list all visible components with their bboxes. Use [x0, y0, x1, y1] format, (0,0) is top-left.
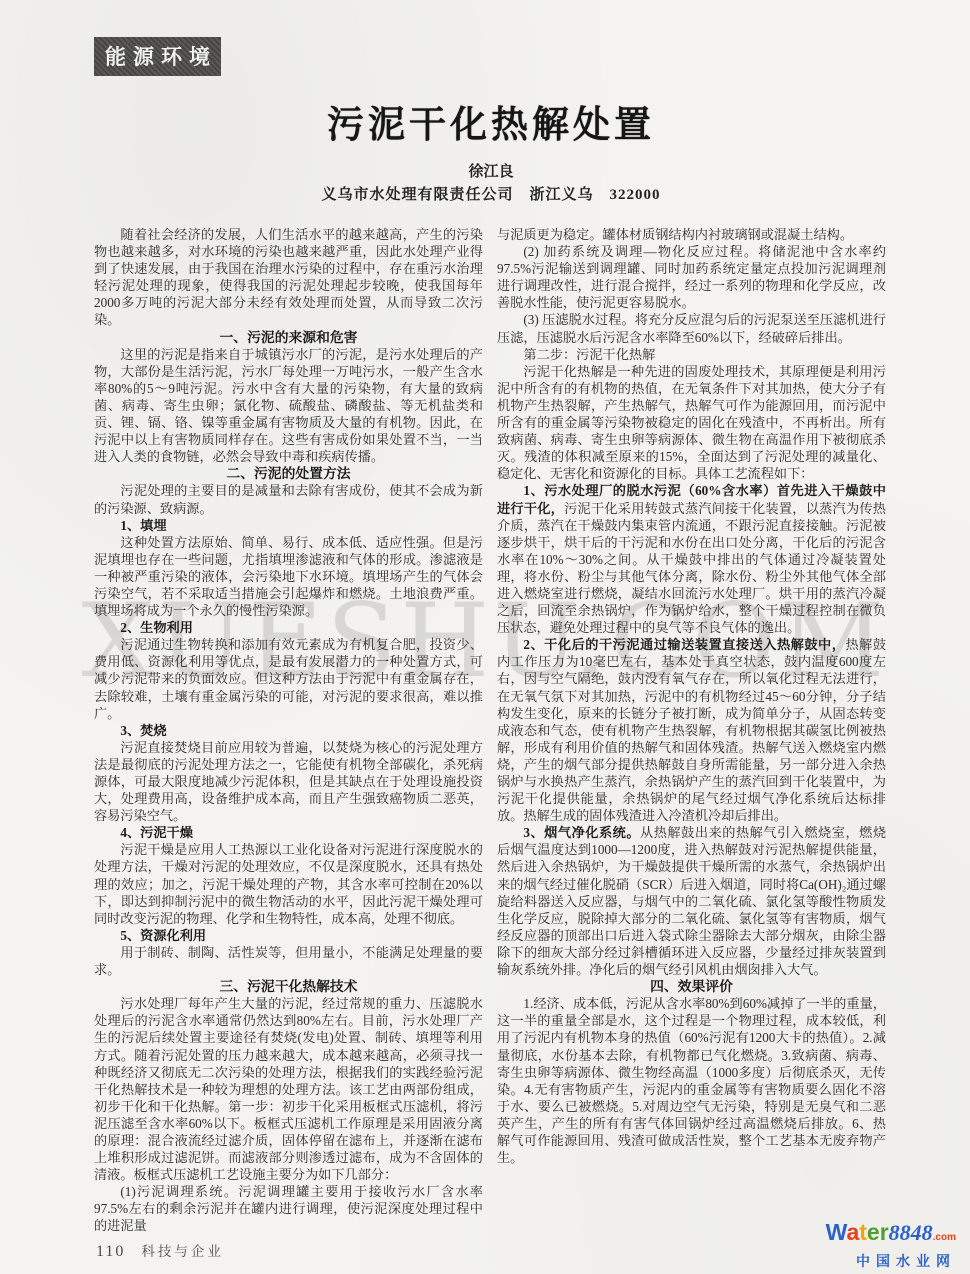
logo-letter: e	[867, 1219, 880, 1245]
sub-heading: 4、污泥干燥	[94, 824, 483, 841]
paragraph: 随着社会经济的发展，人们生活水平的越来越高，产生的污染物也越来越多，对水环境的污…	[94, 226, 483, 329]
journal-name: 科技与企业	[141, 1244, 224, 1259]
paragraph: (3) 压滤脱水过程。将充分反应混匀后的污泥泵送至压滤机进行压滤，压滤脱水后污泥…	[497, 311, 886, 345]
page-number: 110	[96, 1243, 125, 1260]
paragraph: (1)污泥调理系统。污泥调理罐主要用于接收污水厂含水率97.5%左右的剩余污泥并…	[94, 1183, 483, 1234]
paragraph: 污水处理厂每年产生大量的污泥，经过常规的重力、压滤脱水处理后的污泥含水率通常仍然…	[94, 995, 483, 1183]
sub-heading: 3、焚烧	[94, 722, 483, 739]
paragraph: 2、干化后的干污泥通过输送装置直接送入热解鼓中，热解鼓内工作压力为10毫巴左右，…	[497, 636, 886, 824]
paragraph: 这种处置方法原始、简单、易行、成本低、适应性强。但是污泥填埋也存在一些问题，尤指…	[94, 534, 483, 619]
section-heading: 二、污泥的处置方法	[94, 465, 483, 482]
category-badge: 能源环境	[94, 37, 221, 76]
logo-letter: W	[826, 1219, 847, 1245]
paragraph: 污泥直接焚烧目前应用较为普遍，以焚烧为核心的污泥处理方法是最彻底的污泥处理方法之…	[94, 739, 483, 824]
author-affiliation: 义乌市水处理有限责任公司 浙江义乌 322000	[95, 183, 887, 204]
paragraph: 用于制砖、制陶、活性炭等，但用量小，不能满足处理量的要求。	[94, 944, 483, 978]
logo-brand: Water8848.com	[826, 1220, 956, 1250]
column-right: 与泥质更为稳定。罐体材质钢结构内衬玻璃钢或混凝土结构。(2) 加药系统及调理—物…	[497, 226, 886, 1242]
sub-heading: 2、生物利用	[94, 619, 483, 636]
paragraph: 1、污水处理厂的脱水污泥（60%含水率）首先进入干燥鼓中进行干化，污泥干化采用转…	[497, 482, 886, 636]
paragraph: (2) 加药系统及调理—物化反应过程。将储泥池中含水率约97.5%污泥输送到调理…	[497, 243, 886, 311]
author-name: 徐江良	[95, 160, 887, 181]
section-heading: 一、污泥的来源和危害	[94, 329, 483, 346]
logo-letter: a	[846, 1219, 859, 1245]
section-heading: 四、效果评价	[497, 978, 886, 995]
article-title: 污泥干化热解处置	[95, 94, 887, 148]
logo-letter: 8848	[889, 1220, 933, 1245]
paragraph: 第二步：污泥干化热解	[497, 346, 886, 363]
logo-sitename: 中国水业网	[826, 1251, 956, 1271]
paragraph: 1.经济、成本低，污泥从含水率80%到60%减掉了一半的重量，这一半的重量全部是…	[497, 995, 886, 1166]
logo-letter: t	[859, 1219, 867, 1245]
section-heading: 三、污泥干化热解技术	[94, 978, 483, 995]
paragraph: 污泥干化热解是一种先进的固废处理技术，其原理便是利用污泥中所含有的有机物的热值，…	[497, 363, 886, 483]
paragraph: 污泥干燥是应用人工热源以工业化设备对污泥进行深度脱水的处理方法，干燥对污泥的处理…	[94, 841, 483, 926]
column-left: 随着社会经济的发展，人们生活水平的越来越高，产生的污染物也越来越多，对水环境的污…	[94, 226, 483, 1242]
site-logo: Water8848.com 中国水业网	[826, 1220, 956, 1271]
logo-letter: r	[880, 1219, 889, 1245]
logo-letter: .com	[933, 1232, 956, 1243]
sub-heading: 1、填埋	[94, 517, 483, 534]
paragraph: 这里的污泥是指来自于城镇污水厂的污泥，是污水处理后的产物，大部份是生活污泥，污水…	[94, 346, 483, 466]
page-footer: 110科技与企业	[96, 1240, 224, 1261]
sub-heading: 5、资源化利用	[94, 927, 483, 944]
scanned-paper-page: { "page": { "category_badge": "能源环境", "t…	[0, 0, 970, 1274]
article-body: 随着社会经济的发展，人们生活水平的越来越高，产生的污染物也越来越多，对水环境的污…	[94, 226, 886, 1242]
paragraph: 3、烟气净化系统。从热解鼓出来的热解气引入燃烧室，燃烧后烟气温度达到1000—1…	[497, 824, 886, 978]
paragraph: 污泥处理的主要目的是减量和去除有害成份，使其不会成为新的污染源、致病源。	[94, 482, 483, 516]
paragraph: 污泥通过生物转换和添加有效元素成为有机复合肥，投资少、费用低、资源化利用等优点，…	[94, 636, 483, 721]
paragraph: 与泥质更为稳定。罐体材质钢结构内衬玻璃钢或混凝土结构。	[497, 226, 886, 243]
